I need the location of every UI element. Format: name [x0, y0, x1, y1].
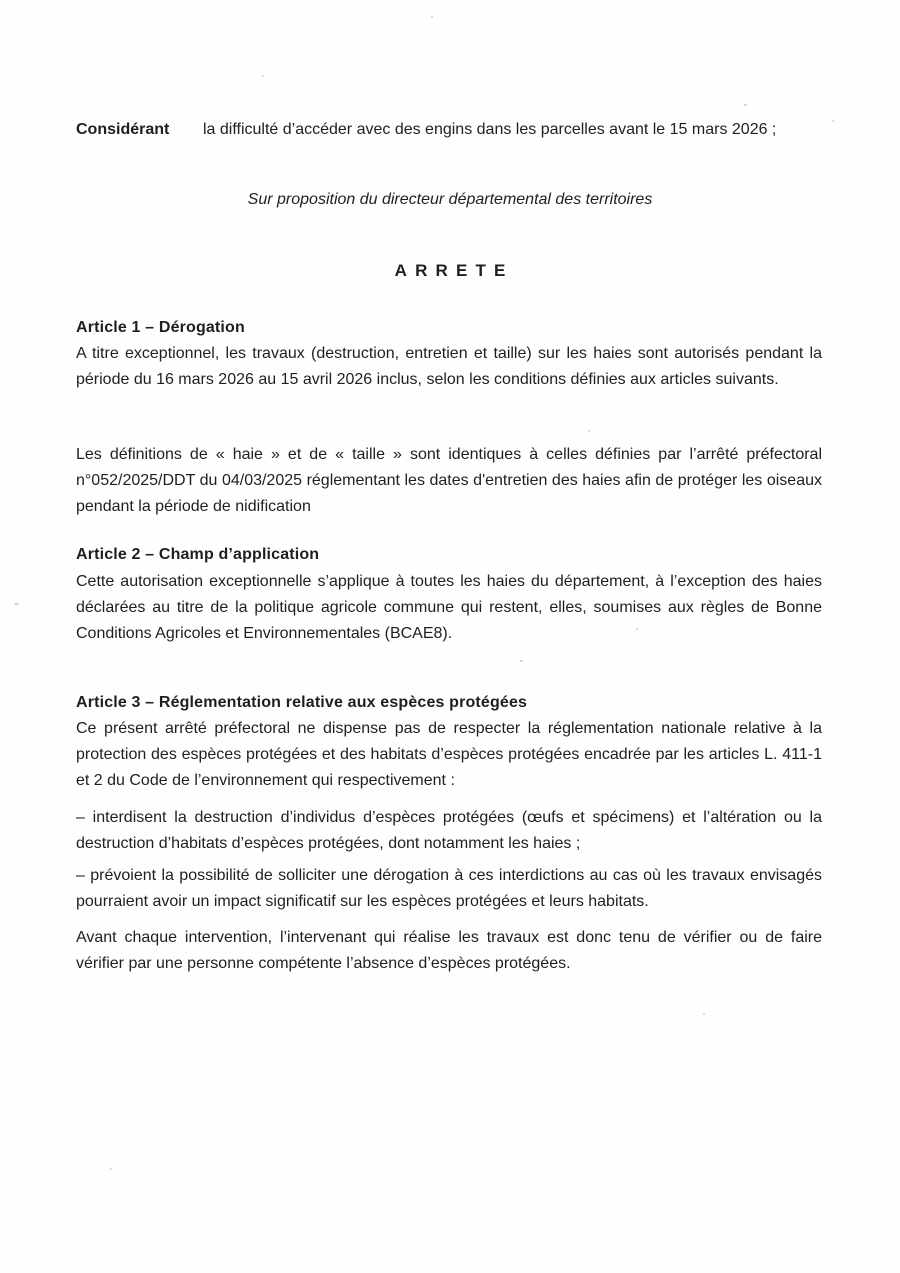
article-1-paragraph-1: A titre exceptionnel, les travaux (destr…	[76, 341, 822, 393]
article-3-paragraph-4: Avant chaque intervention, l’intervenant…	[76, 925, 822, 977]
scan-speck	[14, 603, 19, 605]
article-2-heading: Article 2 – Champ d’application	[76, 542, 822, 568]
considerant-row: Considérant la difficulté d’accéder avec…	[76, 117, 856, 143]
scan-speck	[110, 1168, 112, 1170]
article-3-heading: Article 3 – Réglementation relative aux …	[76, 690, 822, 716]
scan-speck	[744, 104, 747, 106]
scan-speck	[431, 16, 433, 18]
scanned-decree-page: Considérant la difficulté d’accéder avec…	[0, 0, 900, 1273]
proposition-line: Sur proposition du directeur département…	[0, 187, 900, 213]
scan-speck	[832, 120, 834, 122]
scan-speck	[703, 1013, 705, 1015]
considerant-label: Considérant	[76, 117, 203, 143]
scan-speck	[588, 430, 590, 432]
article-1-heading: Article 1 – Dérogation	[76, 315, 822, 341]
scan-speck	[520, 660, 523, 662]
article-3-paragraph-3: – prévoient la possibilité de solliciter…	[76, 863, 822, 915]
scan-speck	[636, 628, 638, 630]
article-3-paragraph-1: Ce présent arrêté préfectoral ne dispens…	[76, 716, 822, 794]
considerant-text: la difficulté d’accéder avec des engins …	[203, 117, 856, 143]
scan-speck	[262, 75, 264, 77]
article-1-paragraph-2: Les définitions de « haie » et de « tail…	[76, 442, 822, 520]
arrete-title: ARRETE	[0, 258, 900, 284]
article-3-paragraph-2: – interdisent la destruction d’individus…	[76, 805, 822, 857]
article-2-paragraph-1: Cette autorisation exceptionnelle s’appl…	[76, 569, 822, 647]
